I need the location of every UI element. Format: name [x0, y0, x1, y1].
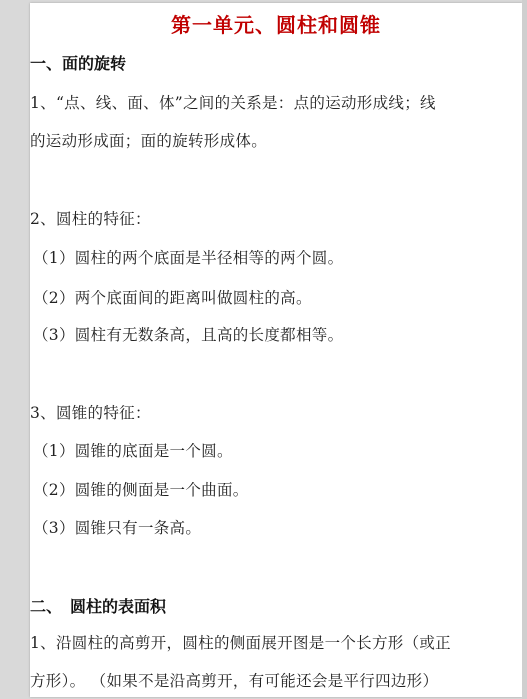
cylinder-features-label: 2、圆柱的特征：: [30, 207, 151, 229]
window-edge: [522, 0, 527, 699]
page-title: 第一单元、圆柱和圆锥: [30, 9, 522, 38]
paragraph-line: 的运动形成面；面的旋转形成体。: [30, 129, 267, 151]
list-item: （2）两个底面间的距离叫做圆柱的高。: [33, 286, 312, 308]
list-item: （2）圆锥的侧面是一个曲面。: [33, 478, 249, 500]
paragraph-line: 1、“点、线、面、体”之间的关系是：点的运动形成线；线: [30, 91, 436, 113]
list-item: （3）圆锥只有一条高。: [33, 516, 201, 538]
document-page: 第一单元、圆柱和圆锥 一、面的旋转 1、“点、线、面、体”之间的关系是：点的运动…: [30, 3, 522, 697]
section-heading-2: 二、 圆柱的表面积: [30, 594, 166, 617]
paragraph-line: 方形）。 （如果不是沿高剪开，有可能还会是平行四边形）: [30, 669, 438, 691]
cone-features-label: 3、圆锥的特征：: [30, 401, 151, 423]
list-item: （1）圆柱的两个底面是半径相等的两个圆。: [33, 246, 343, 268]
list-item: （1）圆锥的底面是一个圆。: [33, 439, 233, 461]
paragraph-line: 1、沿圆柱的高剪开，圆柱的侧面展开图是一个长方形（或正: [30, 631, 451, 653]
list-item: （3）圆柱有无数条高，且高的长度都相等。: [33, 323, 343, 345]
section-heading-1: 一、面的旋转: [30, 51, 126, 74]
